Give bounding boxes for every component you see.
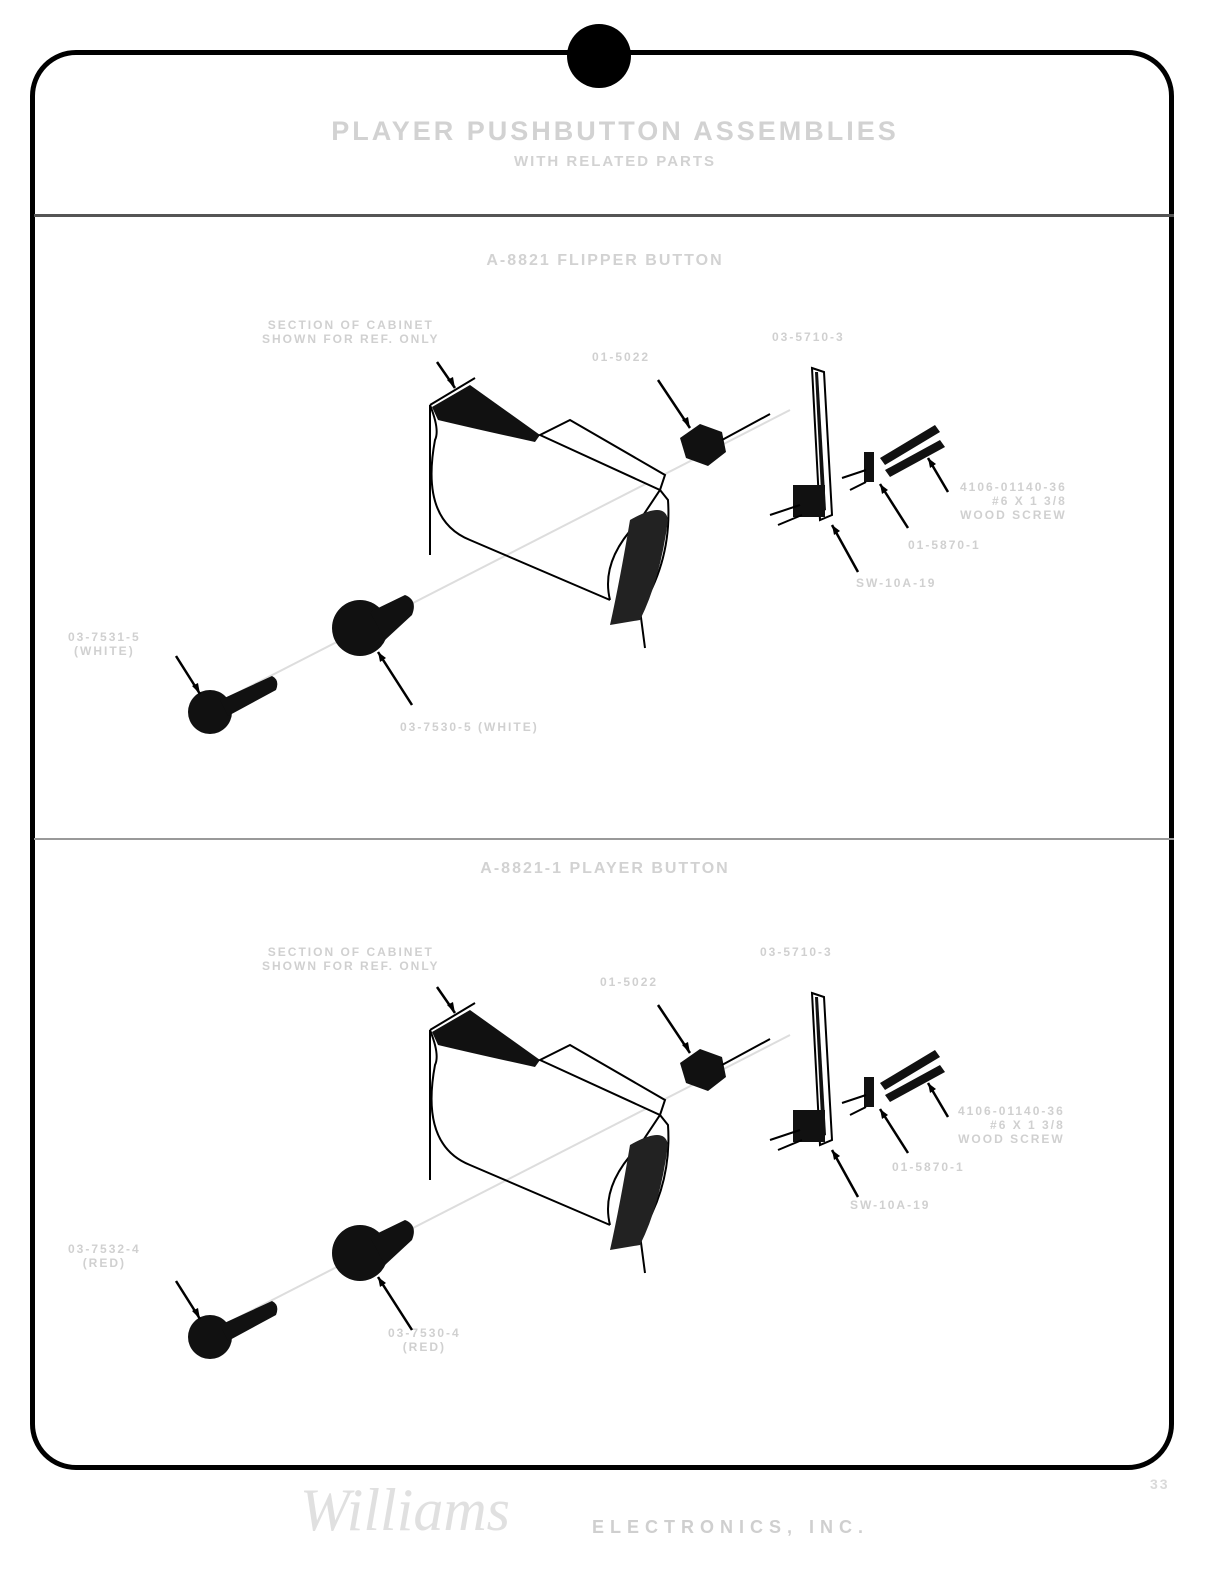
section-heading: A-8821 FLIPPER BUTTON [0,252,1210,270]
binding-hole-icon [567,24,631,88]
exploded-diagram-player [0,955,1230,1575]
divider [34,214,1174,217]
assembly-drawing [176,362,948,734]
company-name: ELECTRONICS, INC. [592,1517,869,1538]
brand-logo: Williams [300,1476,510,1545]
section-heading: A-8821-1 PLAYER BUTTON [0,860,1210,878]
page-subtitle: WITH RELATED PARTS [0,153,1230,170]
exploded-diagram-flipper [0,330,1230,950]
assembly-drawing [176,987,948,1359]
page-title: PLAYER PUSHBUTTON ASSEMBLIES [0,116,1230,147]
page-number: 33 [1150,1476,1170,1492]
